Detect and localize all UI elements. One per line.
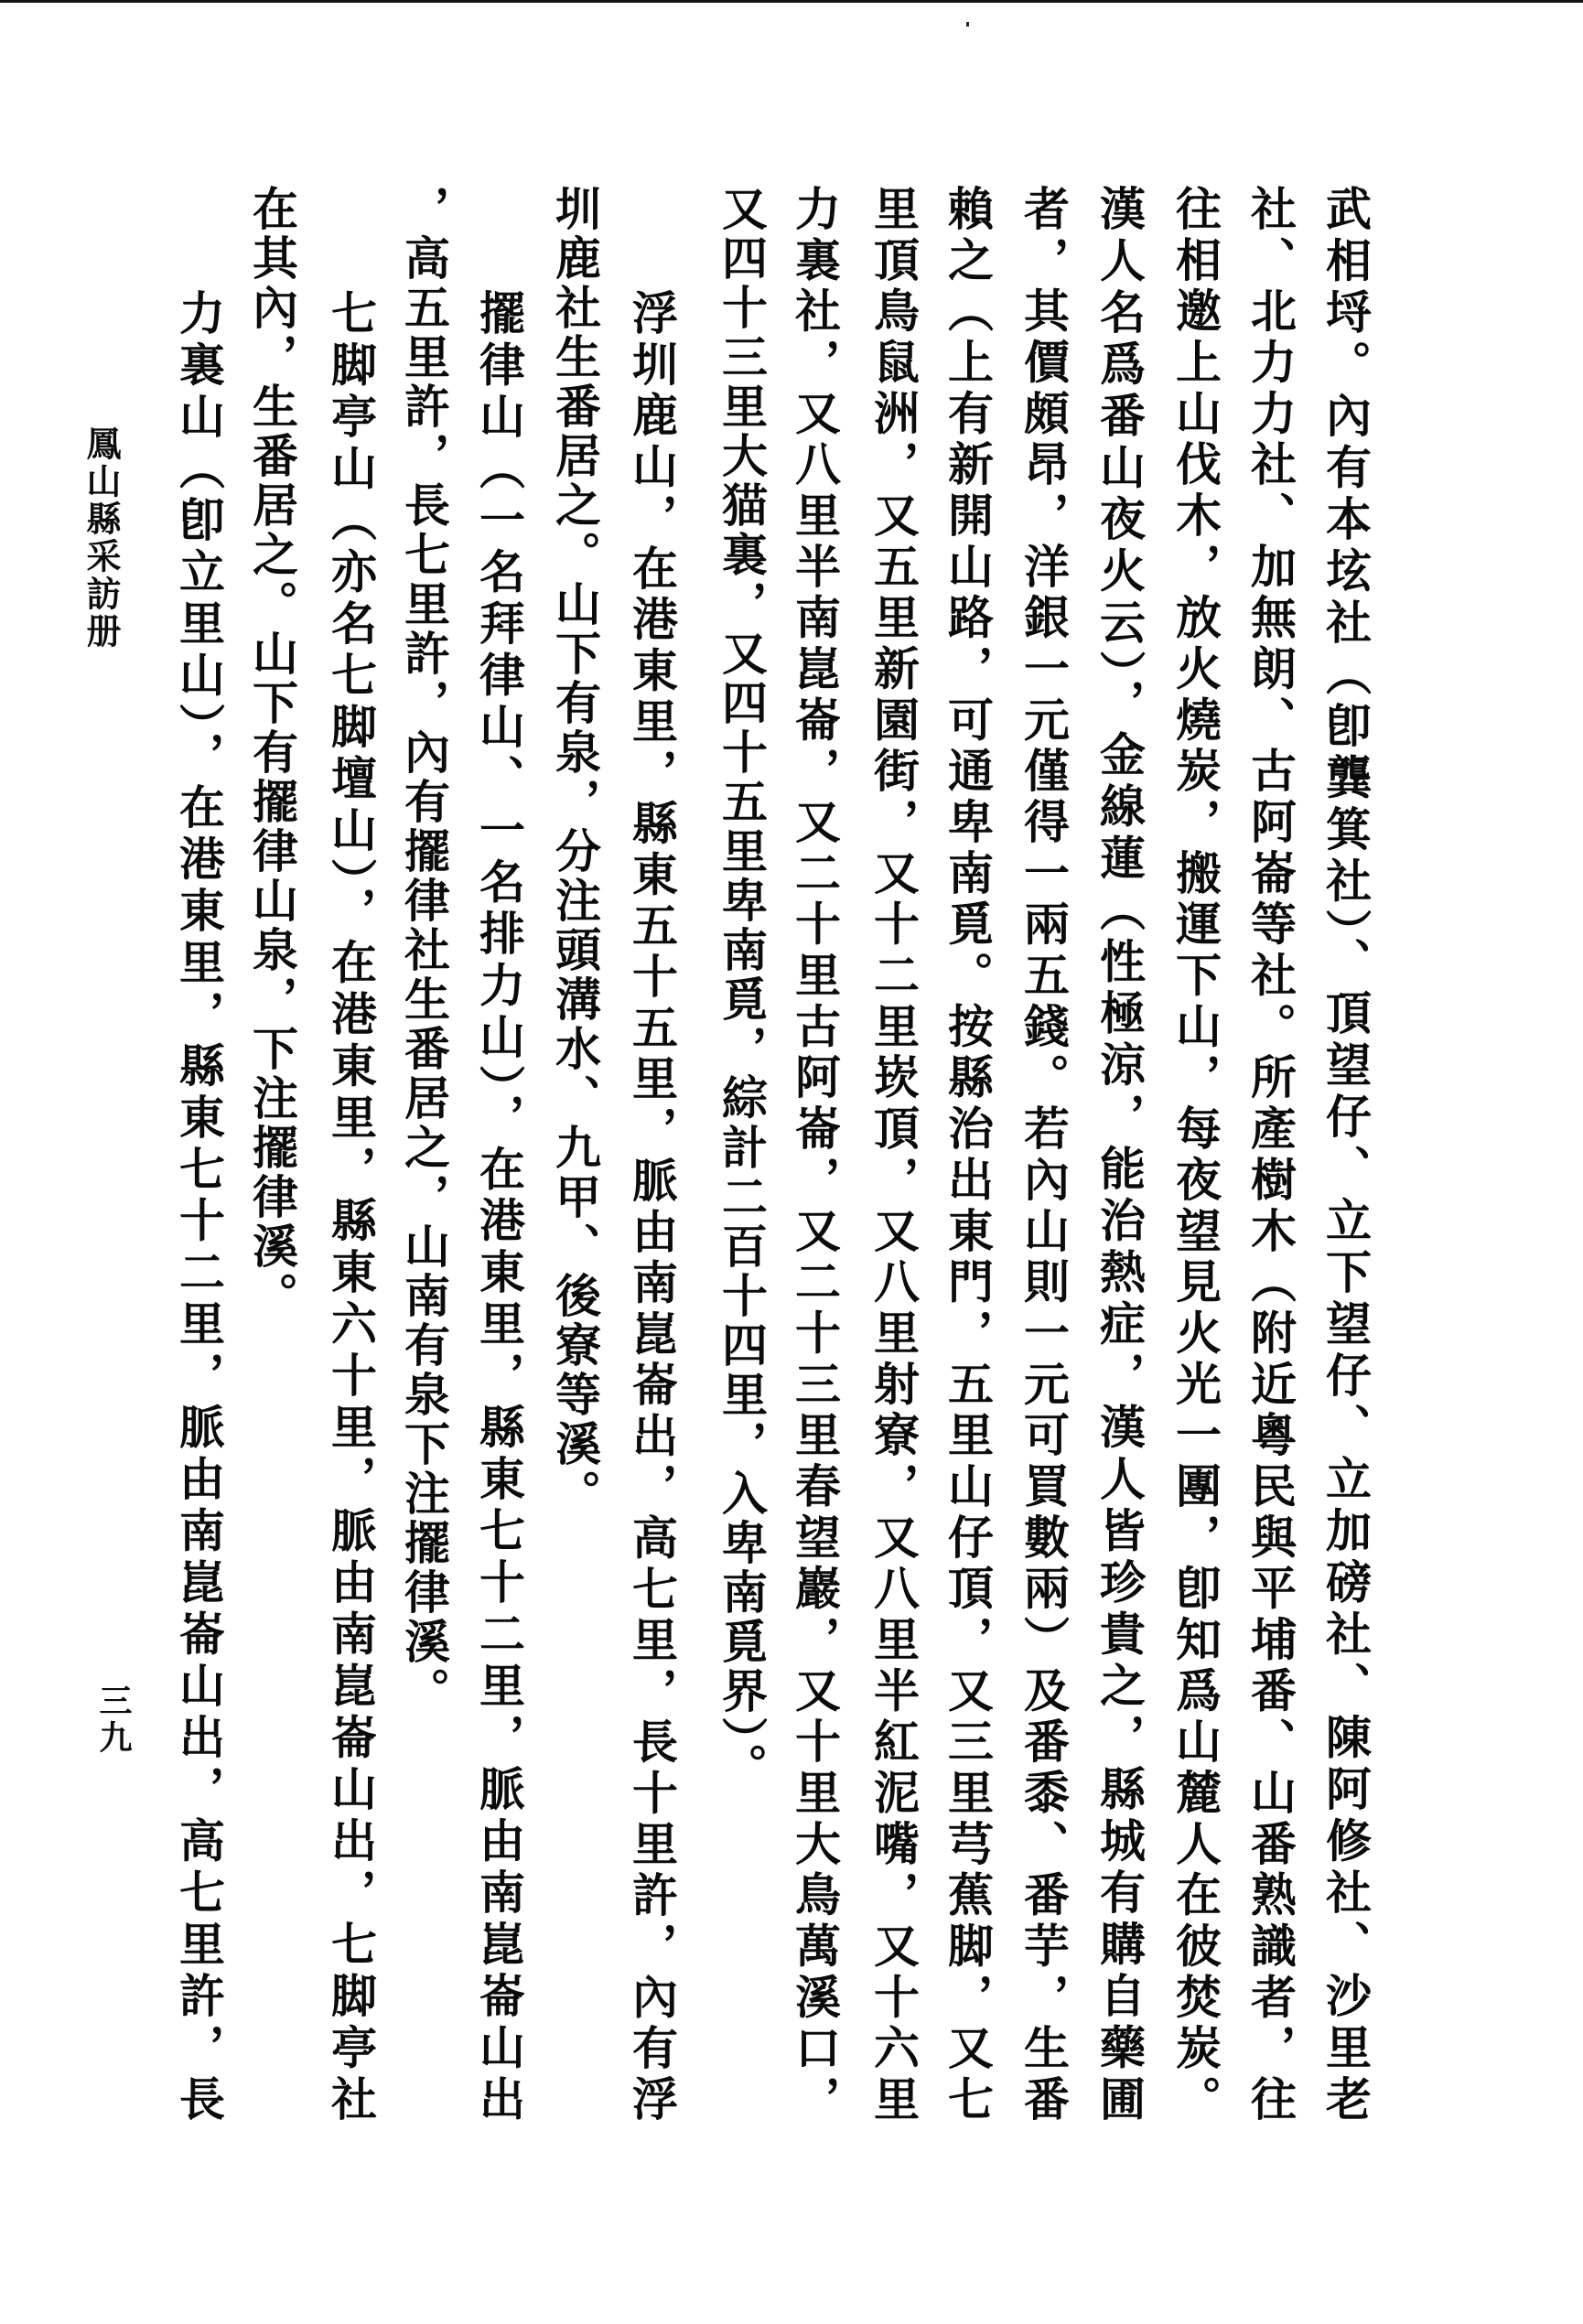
page-top-rule <box>0 0 1583 3</box>
scanned-page: 武相埒。內有本𡊨社（卽龔箕社）、頂望仔、立下望仔、立加磅社、陳阿修社、沙里老 社… <box>0 0 1583 2324</box>
text-column: 里頂鳥鼠洲，又五里新園街，又十二里崁頂，又八里射寮，又八里半紅泥嘴，又十六里 <box>870 185 916 2125</box>
page-number: 三九 <box>97 1684 130 1757</box>
text-column: 往相邀上山伐木，放火燒炭，搬運下山，每夜望見火光一團，卽知爲山麓人在彼焚炭。 <box>1172 185 1218 2125</box>
text-column: 又四十三里大猫裏，又四十五里卑南覓，綜計二百十四里，入卑南覓界）。 <box>718 185 764 2125</box>
text-column: 社、北力力社、加無朗、古阿崙等社。所產樹木（附近粵民與平埔番、山番熟識者，往 <box>1247 185 1293 2125</box>
entry-heading-column: 浮圳鹿山，在港東里，縣東五十五里，脈由南崑崙出，高七里，長十里許，內有浮 <box>629 289 674 2125</box>
text-column: 者，其價頗昂，洋銀一元僅得一兩五錢。若內山則一元可買數兩）及番黍、番芋，生番 <box>1020 185 1066 2125</box>
scan-speck <box>966 22 969 27</box>
text-column: 賴之（上有新開山路，可通卑南覓。按縣治出東門，五里山仔頂，又三里芎蕉脚，又七 <box>944 185 990 2125</box>
running-title: 鳳山縣采訪册 <box>83 425 118 651</box>
entry-heading-column: 擺律山（一名拜律山、一名排力山），在港東里，縣東七十二里，脈由南崑崙山出 <box>476 289 522 2125</box>
entry-heading-column: 七脚亭山（亦名七脚壇山），在港東里，縣東六十里，脈由南崑崙山出，七脚亭社 <box>328 289 373 2125</box>
text-column: 漢人名爲番山夜火云），金線蓮（性極涼，能治熱症，漢人皆珍貴之，縣城有購自藥圃 <box>1096 185 1142 2125</box>
text-column: 圳鹿社生番居之。山下有泉，分注頭溝水、九甲、後寮等溪。 <box>552 185 598 2125</box>
text-column: 力裏社，又八里半南崑崙，又二十里古阿崙，又二十三里春望巖，又十里大鳥萬溪口， <box>791 185 837 2125</box>
text-column: 在其內，生番居之。山下有擺律山泉，下注擺律溪。 <box>249 185 295 2125</box>
text-column: 武相埒。內有本𡊨社（卽龔箕社）、頂望仔、立下望仔、立加磅社、陳阿修社、沙里老 <box>1322 185 1368 2125</box>
text-column: ，高五里許，長七里許，內有擺律社生番居之，山南有泉下注擺律溪。 <box>401 185 447 2125</box>
entry-heading-column: 力裏山（卽立里山），在港東里，縣東七十二里，脈由南崑崙山出，高七里許，長 <box>176 289 221 2125</box>
